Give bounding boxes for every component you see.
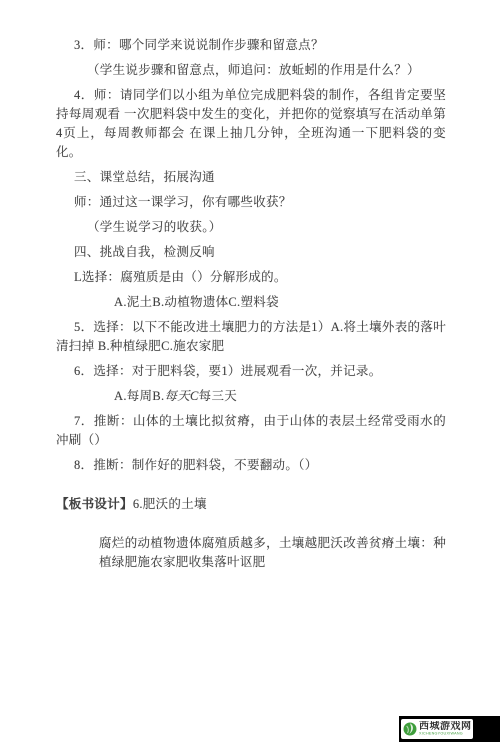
text-run: 4．师：请同学们以小组为单位完成肥料袋的制作，各组肯定要坚持每周观看 一次肥料袋… [56,88,446,159]
watermark-label: 西城游戏网 XICHENGYOUXIWANG [401,719,473,739]
paragraph: 7．推断：山体的土壤比拟贫瘠，由于山体的表层土经常受雨水的冲刷（） [56,412,446,450]
text-run: A.每周B. [114,389,164,403]
watermark-bar: 西城游戏网 XICHENGYOUXIWANG [399,716,500,742]
paragraph: L选择：腐殖质是由（）分解形成的。 [56,268,446,287]
text-run: 四、挑战自我，检测反响 [74,245,215,259]
text-run: L选择：腐殖质是由（）分解形成的。 [74,270,287,284]
paragraph: （学生说步骤和留意点，师追问：放蚯蚓的作用是什么？） [56,61,446,80]
text-run: 腐烂的动植物遗体腐殖质越多，土壤越肥沃改善贫瘠土壤：种植绿肥施农家肥收集落叶讴肥 [99,536,446,569]
paragraph: 5．选择：以下不能改进土壤肥力的方法是1）A.将土壤外表的落叶清扫掉 B.种植绿… [56,318,446,356]
paragraph: 师：通过这一课学习，你有哪些收获？ [56,193,446,212]
text-run: 每天C [164,389,198,403]
text-run: （学生说步骤和留意点，师追问：放蚯蚓的作用是什么？） [87,63,420,77]
watermark-text-column: 西城游戏网 XICHENGYOUXIWANG [419,721,473,738]
text-run: 三、课堂总结，拓展沟通 [74,170,215,184]
document-body: 3．师：哪个同学来说说制作步骤和留意点？（学生说步骤和留意点，师追问：放蚯蚓的作… [56,36,446,578]
text-run: 6．选择：对于肥料袋，要1）进展观看一次，并记录。 [74,364,382,378]
watermark-tagline-text: XICHENGYOUXIWANG [419,732,452,736]
text-run: 7．推断：山体的土壤比拟贫瘠，由于山体的表层土经常受雨水的冲刷（） [56,414,446,447]
paragraph: 3．师：哪个同学来说说制作步骤和留意点？ [56,36,446,55]
watermark-brand-text: 西城游戏网 [419,721,473,732]
text-run: 【板书设计】 [56,497,133,511]
paragraph: 【板书设计】6.肥沃的土壤 [56,495,446,514]
text-run: 6.肥沃的土壤 [133,497,207,511]
paragraph: 三、课堂总结，拓展沟通 [56,168,446,187]
paragraph: 6．选择：对于肥料袋，要1）进展观看一次，并记录。 [56,362,446,381]
leaf-swirl-icon [403,722,417,736]
text-run: 每三天 [199,389,237,403]
paragraph: 4．师：请同学们以小组为单位完成肥料袋的制作，各组肯定要坚持每周观看 一次肥料袋… [56,86,446,162]
paragraph: A.每周B.每天C每三天 [56,387,446,406]
paragraph: 四、挑战自我，检测反响 [56,243,446,262]
text-run: （学生说学习的收获。） [87,220,222,234]
document-page: 3．师：哪个同学来说说制作步骤和留意点？（学生说步骤和留意点，师追问：放蚯蚓的作… [0,0,500,747]
text-run: 师：通过这一课学习，你有哪些收获？ [74,195,292,209]
text-run: 3．师：哪个同学来说说制作步骤和留意点？ [74,38,324,52]
text-run: 8．推断：制作好的肥料袋，不要翻动。（） [74,458,318,472]
paragraph: 腐烂的动植物遗体腐殖质越多，土壤越肥沃改善贫瘠土壤：种植绿肥施农家肥收集落叶讴肥 [99,534,446,572]
text-run: 5．选择：以下不能改进土壤肥力的方法是1）A.将土壤外表的落叶清扫掉 B.种植绿… [56,320,446,353]
text-run: A.泥土B.动植物遗体C.塑料袋 [114,295,279,309]
paragraph: 8．推断：制作好的肥料袋，不要翻动。（） [56,456,446,475]
paragraph: （学生说学习的收获。） [56,218,446,237]
paragraph: A.泥土B.动植物遗体C.塑料袋 [56,293,446,312]
